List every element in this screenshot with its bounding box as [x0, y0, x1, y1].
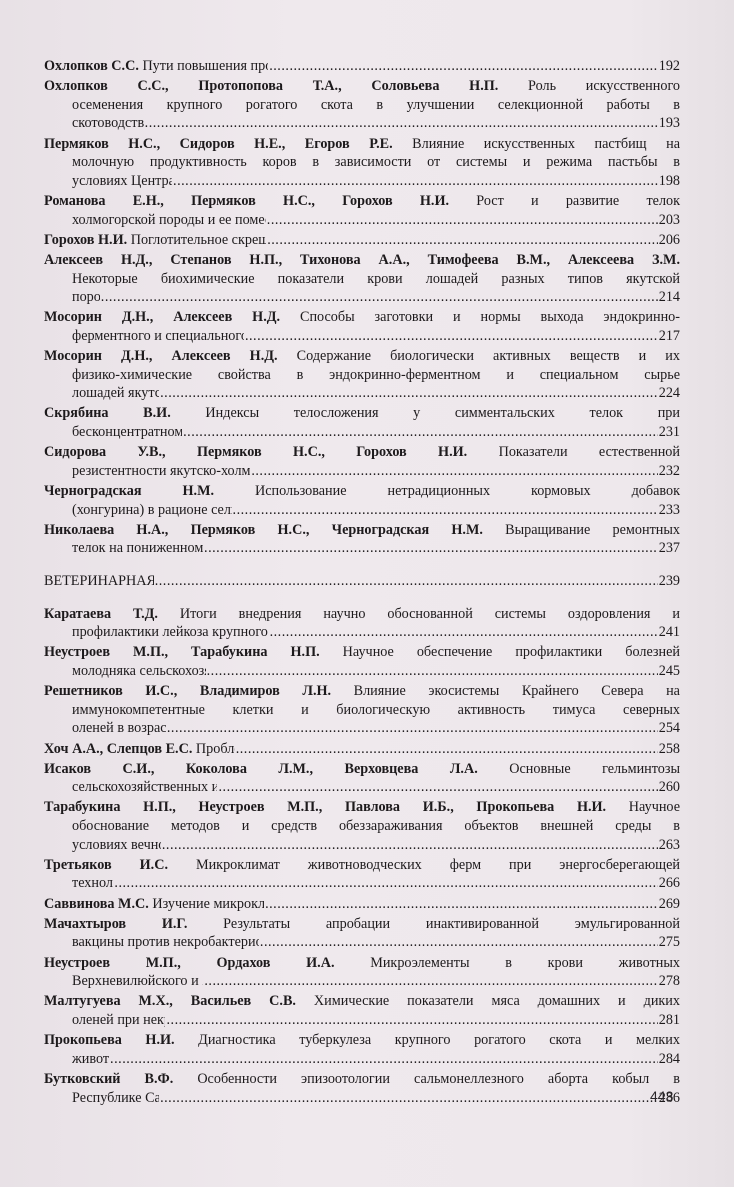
toc-entry: Охлопков С.С., Протопопова Т.А., Соловье… — [44, 77, 680, 133]
entry-last-line: молодняка сельскохозяйственных животных2… — [44, 662, 680, 681]
entry-title: Научное — [606, 799, 680, 815]
entry-title: животных — [72, 1050, 109, 1069]
dot-leader — [110, 1050, 658, 1069]
toc-entry: Скрябина В.И. Индексы телосложения у сим… — [44, 404, 680, 441]
entry-page-number: 278 — [659, 972, 680, 991]
entry-title: Микроклимат животноводческих ферм при эн… — [168, 857, 680, 873]
toc-entry: Мосорин Д.Н., Алексеев Н.Д. Содержание б… — [44, 347, 680, 403]
toc-leader-line: технологии266 — [72, 874, 680, 893]
entry-last-line: условиях Центральной Якутии198 — [44, 172, 680, 191]
entry-last-line: бесконцентратном типе кормления231 — [44, 423, 680, 442]
toc-entry: Сидорова У.В., Пермяков Н.С., Горохов Н.… — [44, 443, 680, 480]
entry-page-number: 231 — [659, 423, 680, 442]
entry-first-line: Николаева Н.А., Пермяков Н.С., Черноград… — [44, 521, 680, 540]
entry-title: Результаты апробации инактивированной эм… — [187, 916, 680, 932]
entry-page-number: 284 — [659, 1050, 680, 1069]
entry-page-number: 260 — [659, 778, 680, 797]
entry-last-line: ферментного и специального сырья лошадей… — [44, 327, 680, 346]
entry-authors: Сидорова У.В., Пермяков Н.С., Горохов Н.… — [44, 444, 467, 460]
dot-leader — [270, 623, 658, 642]
entry-title: Диагностика туберкулеза крупного рогатог… — [175, 1032, 680, 1048]
entry-authors: Алексеев Н.Д., Степанов Н.П., Тихонова А… — [44, 252, 680, 268]
entry-first-line: Тарабукина Н.П., Неустроев М.П., Павлова… — [44, 798, 680, 817]
entry-authors: Малтугуева М.Х., Васильев С.В. — [44, 993, 296, 1009]
entry-title-line: осеменения крупного рогатого скота в улу… — [44, 96, 680, 115]
entry-last-line: Республике Саха (Якутия)286 — [44, 1089, 680, 1108]
toc-entry: Романова Е.Н., Пермяков Н.С., Горохов Н.… — [44, 192, 680, 229]
entry-title: Основные гельминтозы — [478, 761, 680, 777]
entry-title: оленей при некробактериозе — [72, 1011, 165, 1030]
entry-title: оленей в возрастном аспекте — [72, 719, 166, 738]
dot-leader — [218, 778, 657, 797]
entry-title: Влияние искусственных пастбищ на — [393, 136, 680, 152]
toc-leader-line: (хонгурина) в рационе сельскохозяйственн… — [72, 501, 680, 520]
entry-first-line: Алексеев Н.Д., Степанов Н.П., Тихонова А… — [44, 251, 680, 270]
entry-first-line: Решетников И.С., Владимиров Л.Н. Влияние… — [44, 682, 680, 701]
toc-leader-line: Верхневилюйского и Хангаласского улусов2… — [72, 972, 680, 991]
entry-title: Рост и развитие телок — [449, 193, 680, 209]
toc-leader-line: условиях Центральной Якутии198 — [72, 172, 680, 191]
entry-title: Микроэлементы в крови животных — [335, 955, 680, 971]
dot-leader — [267, 231, 658, 250]
entry-authors: Тарабукина Н.П., Неустроев М.П., Павлова… — [44, 799, 606, 815]
entry-title: телок на пониженном уровне концентратов — [72, 539, 203, 558]
entry-title: Научное обеспечение профилактики болезне… — [320, 644, 680, 660]
entry-title: ферментного и специального сырья лошадей… — [72, 327, 244, 346]
toc-entry: Мачахтыров И.Г. Результаты апробации ина… — [44, 915, 680, 952]
entry-authors: Мосорин Д.Н., Алексеев Н.Д. — [44, 309, 280, 325]
entry-page-number: 245 — [659, 662, 680, 681]
toc-entry: Мосорин Д.Н., Алексеев Н.Д. Способы заго… — [44, 308, 680, 345]
entry-first-line: Исаков С.И., Коколова Л.М., Верховцева Л… — [44, 760, 680, 779]
entry-first-line: Скрябина В.И. Индексы телосложения у сим… — [44, 404, 680, 423]
dot-leader — [204, 539, 658, 558]
entry-title: молодняка сельскохозяйственных животных — [72, 662, 206, 681]
entry-authors: Каратаева Т.Д. — [44, 606, 158, 622]
entry-title: Роль искусственного — [498, 78, 680, 94]
entry-first-line: Мосорин Д.Н., Алексеев Н.Д. Содержание б… — [44, 347, 680, 366]
entry-authors: Хоч А.А., Слепцов Е.С. — [44, 741, 192, 757]
toc-leader-line: Охлопков С.С. Пути повышения продуктивно… — [44, 57, 680, 76]
entry-first-line: Малтугуева М.Х., Васильев С.В. Химически… — [44, 992, 680, 1011]
toc-entry: Тарабукина Н.П., Неустроев М.П., Павлова… — [44, 798, 680, 854]
entry-title: (хонгурина) в рационе сельскохозяйственн… — [72, 501, 232, 520]
toc-entry: Горохов Н.И. Поглотительное скрещивание … — [44, 231, 680, 250]
toc-entry: Алексеев Н.Д., Степанов Н.П., Тихонова А… — [44, 251, 680, 307]
toc-leader-line: Саввинова М.С. Изучение микроклимата ско… — [44, 895, 680, 914]
dot-leader — [265, 895, 658, 914]
toc-entry: Малтугуева М.Х., Васильев С.В. Химически… — [44, 992, 680, 1029]
toc-entry: Прокопьева Н.И. Диагностика туберкулеза … — [44, 1031, 680, 1068]
toc-entry: Неустроев М.П., Ордахов И.А. Микроэлемен… — [44, 954, 680, 991]
entry-title: Проблемы бруцеллеза животных в Якутии — [192, 741, 234, 757]
toc-leader-line: породы214 — [72, 288, 680, 307]
entry-last-line: породы214 — [44, 288, 680, 307]
entry-authors: Саввинова М.С. — [44, 896, 149, 912]
entry-title-line: иммунокомпетентные клетки и биологическу… — [44, 701, 680, 720]
dot-leader — [245, 327, 658, 346]
entry-first-line: Бутковский В.Ф. Особенности эпизоотологи… — [44, 1070, 680, 1089]
dot-leader — [101, 288, 658, 307]
dot-leader — [162, 836, 658, 855]
entry-title: Индексы телосложения у симментальских те… — [171, 405, 680, 421]
entry-page-number: 198 — [659, 172, 680, 191]
toc-leader-line: ВЕТЕРИНАРНАЯ МЕДИЦИНА239 — [44, 572, 680, 591]
entry-authors: Решетников И.С., Владимиров Л.Н. — [44, 683, 331, 699]
entry-text: Хоч А.А., Слепцов Е.С. Проблемы бруцелле… — [44, 740, 235, 759]
entry-title-line: Некоторые биохимические показатели крови… — [44, 270, 680, 289]
entry-title: Пути повышения продуктивности животновод… — [139, 58, 268, 74]
entry-page-number: 217 — [659, 327, 680, 346]
toc-leader-line: животных284 — [72, 1050, 680, 1069]
entry-last-line: оленей в возрастном аспекте254 — [44, 719, 680, 738]
toc-leader-line: вакцины против некробактериоза северных … — [72, 933, 680, 952]
entry-last-line: профилактики лейкоза крупного рогатого с… — [44, 623, 680, 642]
toc-leader-line: Республике Саха (Якутия)286 — [72, 1089, 680, 1108]
entry-title-line: молочную продуктивность коров в зависимо… — [44, 153, 680, 172]
entry-page-number: 241 — [659, 623, 680, 642]
toc-leader-line: оленей при некробактериозе281 — [72, 1011, 680, 1030]
entry-title: скотоводстве Якутии — [72, 114, 144, 133]
entry-page-number: 258 — [659, 740, 680, 759]
entry-first-line: Прокопьева Н.И. Диагностика туберкулеза … — [44, 1031, 680, 1050]
entry-authors: Исаков С.И., Коколова Л.М., Верховцева Л… — [44, 761, 478, 777]
toc-entry: Саввинова М.С. Изучение микроклимата ско… — [44, 895, 680, 914]
entry-page-number: 275 — [659, 933, 680, 952]
dot-leader — [145, 114, 658, 133]
entry-first-line: Сидорова У.В., Пермяков Н.С., Горохов Н.… — [44, 443, 680, 462]
toc-leader-line: условиях вечной мерзлоты263 — [72, 836, 680, 855]
entry-last-line: технологии266 — [44, 874, 680, 893]
entry-title: Содержание биологически активных веществ… — [278, 348, 680, 364]
book-page: Охлопков С.С. Пути повышения продуктивно… — [0, 0, 734, 1187]
dot-leader — [269, 57, 658, 76]
dot-leader — [160, 1089, 658, 1108]
entry-title: Поглотительное скрещивание якутского ско… — [127, 232, 266, 248]
entry-page-number: 237 — [659, 539, 680, 558]
entry-last-line: лошадей якутской породы224 — [44, 384, 680, 403]
entry-first-line: Романова Е.Н., Пермяков Н.С., Горохов Н.… — [44, 192, 680, 211]
entry-page-number: 192 — [659, 57, 680, 76]
entry-authors: Горохов Н.И. — [44, 232, 127, 248]
entry-title: Способы заготовки и нормы выхода эндокри… — [280, 309, 680, 325]
entry-title: Использование нетрадиционных кормовых до… — [214, 483, 680, 499]
toc-entry: Каратаева Т.Д. Итоги внедрения научно об… — [44, 605, 680, 642]
entry-last-line: холмогорской породы и ее помесей с якутс… — [44, 211, 680, 230]
toc-leader-line: скотоводстве Якутии193 — [72, 114, 680, 133]
entry-authors: Скрябина В.И. — [44, 405, 171, 421]
entry-last-line: вакцины против некробактериоза северных … — [44, 933, 680, 952]
entry-title: сельскохозяйственных и диких животных Як… — [72, 778, 217, 797]
entry-title: породы — [72, 288, 100, 307]
dot-leader — [183, 423, 658, 442]
toc-leader-line: бесконцентратном типе кормления231 — [72, 423, 680, 442]
toc-leader-line: молодняка сельскохозяйственных животных2… — [72, 662, 680, 681]
entry-first-line: Неустроев М.П., Ордахов И.А. Микроэлемен… — [44, 954, 680, 973]
dot-leader — [207, 662, 658, 681]
toc-entry: Николаева Н.А., Пермяков Н.С., Черноград… — [44, 521, 680, 558]
toc-leader-line: Горохов Н.И. Поглотительное скрещивание … — [44, 231, 680, 250]
entry-title: холмогорской породы и ее помесей с якутс… — [72, 211, 266, 230]
entry-authors: Неустроев М.П., Ордахов И.А. — [44, 955, 335, 971]
toc-entry: Охлопков С.С. Пути повышения продуктивно… — [44, 57, 680, 76]
entry-first-line: Мосорин Д.Н., Алексеев Н.Д. Способы заго… — [44, 308, 680, 327]
toc-leader-line: сельскохозяйственных и диких животных Як… — [72, 778, 680, 797]
entry-title: вакцины против некробактериоза северных … — [72, 933, 259, 952]
entry-title: Химические показатели мяса домашних и ди… — [296, 993, 680, 1009]
entry-page-number: 266 — [659, 874, 680, 893]
dot-leader — [236, 740, 658, 759]
toc-entry: Исаков С.И., Коколова Л.М., Верховцева Л… — [44, 760, 680, 797]
entry-page-number: 224 — [659, 384, 680, 403]
toc-leader-line: профилактики лейкоза крупного рогатого с… — [72, 623, 680, 642]
entry-last-line: телок на пониженном уровне концентратов2… — [44, 539, 680, 558]
entry-authors: Пермяков Н.С., Сидоров Н.Е., Егоров Р.Е. — [44, 136, 393, 152]
dot-leader — [155, 572, 658, 591]
toc-entry: Решетников И.С., Владимиров Л.Н. Влияние… — [44, 682, 680, 738]
entry-title: Республике Саха (Якутия) — [72, 1089, 159, 1108]
entry-page-number: 263 — [659, 836, 680, 855]
entry-authors: Бутковский В.Ф. — [44, 1071, 173, 1087]
entry-title-line: обоснование методов и средств обеззаражи… — [44, 817, 680, 836]
entry-authors: Черноградская Н.М. — [44, 483, 214, 499]
entry-page-number: 232 — [659, 462, 680, 481]
entry-page-number: 233 — [659, 501, 680, 520]
entry-title: условиях Центральной Якутии — [72, 172, 172, 191]
entry-title: бесконцентратном типе кормления — [72, 423, 182, 442]
entry-authors: Романова Е.Н., Пермяков Н.С., Горохов Н.… — [44, 193, 449, 209]
entry-authors: Третьяков И.С. — [44, 857, 168, 873]
toc-leader-line: телок на пониженном уровне концентратов2… — [72, 539, 680, 558]
table-of-contents: Охлопков С.С. Пути повышения продуктивно… — [44, 57, 680, 1109]
dot-leader — [114, 874, 657, 893]
entry-authors: Неустроев М.П., Тарабукина Н.П. — [44, 644, 320, 660]
dot-leader — [267, 211, 658, 230]
entry-authors: Охлопков С.С., Протопопова Т.А., Соловье… — [44, 78, 498, 94]
entry-first-line: Третьяков И.С. Микроклимат животноводчес… — [44, 856, 680, 875]
toc-entry: Бутковский В.Ф. Особенности эпизоотологи… — [44, 1070, 680, 1107]
dot-leader — [260, 933, 658, 952]
dot-leader — [233, 501, 658, 520]
entry-first-line: Неустроев М.П., Тарабукина Н.П. Научное … — [44, 643, 680, 662]
entry-title: Показатели естественной — [467, 444, 680, 460]
entry-title: технологии — [72, 874, 113, 893]
entry-title: Верхневилюйского и Хангаласского улусов — [72, 972, 203, 991]
entry-page-number: 281 — [659, 1011, 680, 1030]
entry-last-line: оленей при некробактериозе281 — [44, 1011, 680, 1030]
section-heading: ВЕТЕРИНАРНАЯ МЕДИЦИНА239 — [44, 572, 680, 591]
dot-leader — [160, 384, 658, 403]
page-number: 443 — [650, 1088, 673, 1104]
entry-first-line: Охлопков С.С., Протопопова Т.А., Соловье… — [44, 77, 680, 96]
entry-last-line: сельскохозяйственных и диких животных Як… — [44, 778, 680, 797]
entry-title: профилактики лейкоза крупного рогатого с… — [72, 623, 269, 642]
entry-last-line: резистентности якутско-холмогорских бычк… — [44, 462, 680, 481]
entry-last-line: животных284 — [44, 1050, 680, 1069]
entry-title: лошадей якутской породы — [72, 384, 159, 403]
toc-leader-line: резистентности якутско-холмогорских бычк… — [72, 462, 680, 481]
entry-text: Саввинова М.С. Изучение микроклимата ско… — [44, 895, 264, 914]
toc-leader-line: Хоч А.А., Слепцов Е.С. Проблемы бруцелле… — [44, 740, 680, 759]
entry-title: резистентности якутско-холмогорских бычк… — [72, 462, 250, 481]
toc-leader-line: холмогорской породы и ее помесей с якутс… — [72, 211, 680, 230]
entry-text: Горохов Н.И. Поглотительное скрещивание … — [44, 231, 266, 250]
dot-leader — [204, 972, 657, 991]
dot-leader — [251, 462, 657, 481]
dot-leader — [166, 1011, 657, 1030]
entry-page-number: 254 — [659, 719, 680, 738]
entry-first-line: Черноградская Н.М. Использование нетради… — [44, 482, 680, 501]
entry-page-number: 214 — [659, 288, 680, 307]
entry-first-line: Каратаева Т.Д. Итоги внедрения научно об… — [44, 605, 680, 624]
entry-authors: Николаева Н.А., Пермяков Н.С., Черноград… — [44, 522, 483, 538]
entry-title: Изучение микроклимата скотопомещений и и… — [149, 896, 264, 912]
dot-leader — [173, 172, 658, 191]
entry-last-line: скотоводстве Якутии193 — [44, 114, 680, 133]
entry-first-line: Мачахтыров И.Г. Результаты апробации ина… — [44, 915, 680, 934]
entry-title: Влияние экосистемы Крайнего Севера на — [331, 683, 680, 699]
entry-authors: Мачахтыров И.Г. — [44, 916, 187, 932]
toc-entry: Третьяков И.С. Микроклимат животноводчес… — [44, 856, 680, 893]
entry-authors: Охлопков С.С. — [44, 58, 139, 74]
entry-text: Охлопков С.С. Пути повышения продуктивно… — [44, 57, 268, 76]
entry-last-line: (хонгурина) в рационе сельскохозяйственн… — [44, 501, 680, 520]
dot-leader — [167, 719, 658, 738]
entry-page-number: 203 — [659, 211, 680, 230]
entry-title: условиях вечной мерзлоты — [72, 836, 161, 855]
entry-page-number: 193 — [659, 114, 680, 133]
entry-page-number: 206 — [659, 231, 680, 250]
toc-entry: Неустроев М.П., Тарабукина Н.П. Научное … — [44, 643, 680, 680]
entry-last-line: Верхневилюйского и Хангаласского улусов2… — [44, 972, 680, 991]
entry-page-number: 269 — [659, 895, 680, 914]
entry-last-line: условиях вечной мерзлоты263 — [44, 836, 680, 855]
entry-page-number: 239 — [659, 572, 680, 591]
entry-authors: Прокопьева Н.И. — [44, 1032, 175, 1048]
toc-leader-line: ферментного и специального сырья лошадей… — [72, 327, 680, 346]
toc-entry: Хоч А.А., Слепцов Е.С. Проблемы бруцелле… — [44, 740, 680, 759]
entry-first-line: Пермяков Н.С., Сидоров Н.Е., Егоров Р.Е.… — [44, 135, 680, 154]
section-title: ВЕТЕРИНАРНАЯ МЕДИЦИНА — [44, 572, 154, 591]
toc-leader-line: лошадей якутской породы224 — [72, 384, 680, 403]
entry-authors: Мосорин Д.Н., Алексеев Н.Д. — [44, 348, 278, 364]
toc-leader-line: оленей в возрастном аспекте254 — [72, 719, 680, 738]
toc-entry: Черноградская Н.М. Использование нетради… — [44, 482, 680, 519]
entry-title: Особенности эпизоотологии сальмонеллезно… — [173, 1071, 680, 1087]
entry-title-line: физико-химические свойства в эндокринно-… — [44, 366, 680, 385]
entry-title: Выращивание ремонтных — [483, 522, 680, 538]
entry-title: Итоги внедрения научно обоснованной сист… — [158, 606, 680, 622]
toc-entry: Пермяков Н.С., Сидоров Н.Е., Егоров Р.Е.… — [44, 135, 680, 191]
